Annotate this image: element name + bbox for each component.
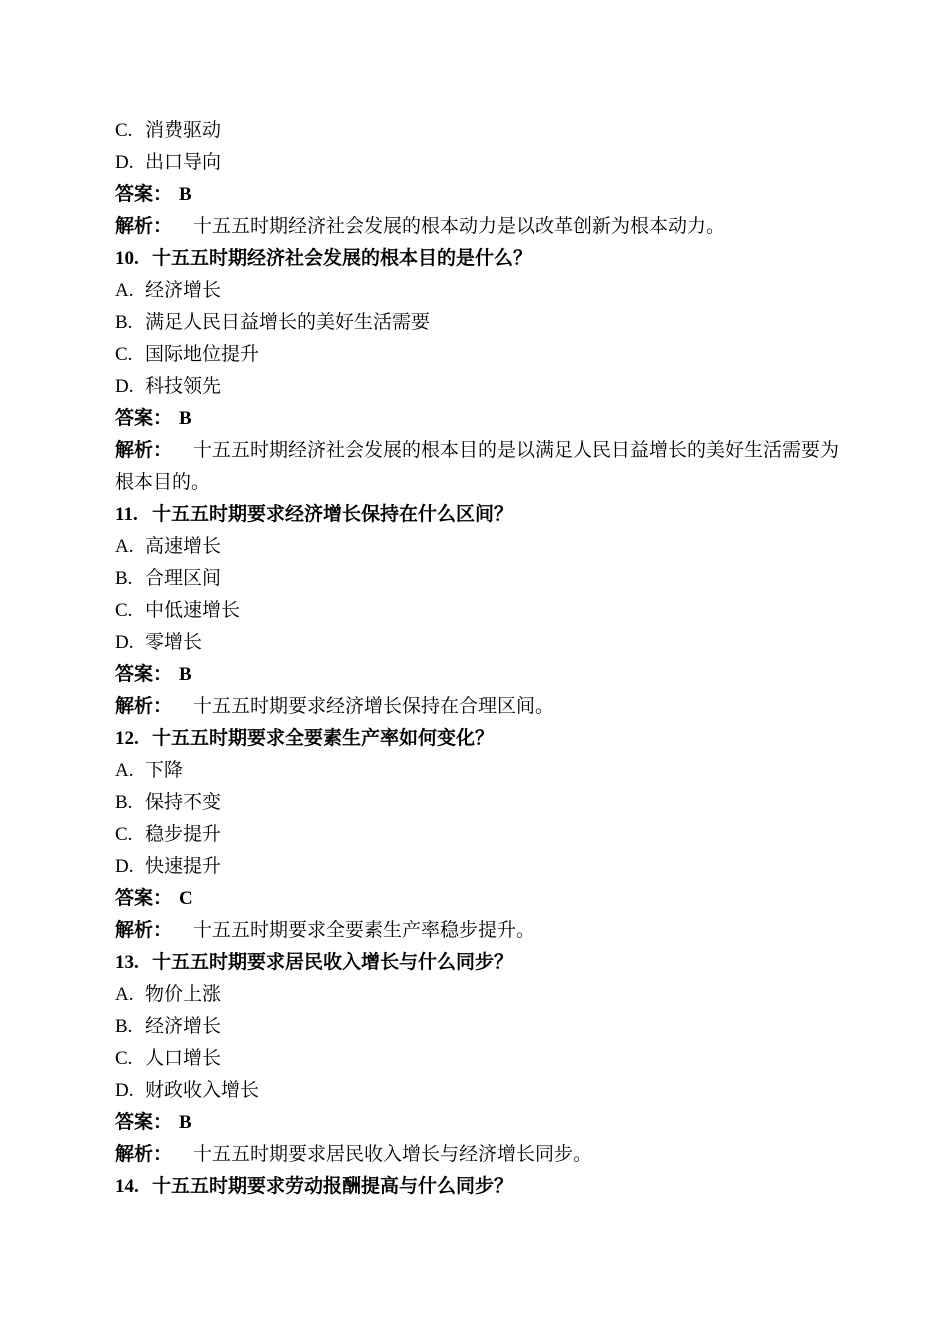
question-number: 11.: [115, 499, 152, 531]
answer-line: 答案：B: [115, 1107, 837, 1139]
answer-value: C: [179, 888, 193, 909]
answer-value: B: [179, 408, 192, 429]
option-line: C.人口增长: [115, 1043, 837, 1075]
option-letter: C.: [115, 115, 145, 147]
option-line: A.下降: [115, 755, 837, 787]
option-text: 物价上涨: [145, 984, 221, 1005]
analysis-line: 解析：十五五时期要求全要素生产率稳步提升。: [115, 915, 837, 947]
analysis-continuation: 根本目的。: [115, 467, 837, 499]
option-line: D.财政收入增长: [115, 1075, 837, 1107]
option-text: 零增长: [145, 632, 202, 653]
option-line: A.高速增长: [115, 531, 837, 563]
question-number: 10.: [115, 243, 152, 275]
option-text: 稳步提升: [145, 824, 221, 845]
option-line: D.快速提升: [115, 851, 837, 883]
analysis-line: 解析：十五五时期要求居民收入增长与经济增长同步。: [115, 1139, 837, 1171]
option-letter: B.: [115, 1011, 145, 1043]
document-body: C.消费驱动 D.出口导向 答案：B 解析：十五五时期经济社会发展的根本动力是以…: [115, 115, 837, 1203]
question-number: 12.: [115, 723, 152, 755]
answer-label: 答案：: [115, 664, 172, 685]
option-text: 国际地位提升: [145, 344, 259, 365]
analysis-text: 十五五时期经济社会发展的根本目的是以满足人民日益增长的美好生活需要为: [193, 440, 839, 461]
option-letter: C.: [115, 339, 145, 371]
analysis-label: 解析：: [115, 440, 172, 461]
option-line: B.满足人民日益增长的美好生活需要: [115, 307, 837, 339]
question-title: 十五五时期要求居民收入增长与什么同步？: [152, 952, 513, 973]
answer-value: B: [179, 184, 192, 205]
answer-line: 答案：B: [115, 659, 837, 691]
option-text: 合理区间: [145, 568, 221, 589]
question-heading: 10.十五五时期经济社会发展的根本目的是什么？: [115, 243, 837, 275]
analysis-text: 十五五时期经济社会发展的根本动力是以改革创新为根本动力。: [193, 216, 725, 237]
option-line: C.中低速增长: [115, 595, 837, 627]
answer-line: 答案：B: [115, 403, 837, 435]
analysis-label: 解析：: [115, 216, 172, 237]
option-letter: D.: [115, 1075, 145, 1107]
option-line: C.国际地位提升: [115, 339, 837, 371]
question-heading: 14.十五五时期要求劳动报酬提高与什么同步？: [115, 1171, 837, 1203]
option-line: A.经济增长: [115, 275, 837, 307]
option-text: 保持不变: [145, 792, 221, 813]
option-letter: A.: [115, 755, 145, 787]
option-text: 经济增长: [145, 280, 221, 301]
question-heading: 13.十五五时期要求居民收入增长与什么同步？: [115, 947, 837, 979]
option-text: 快速提升: [145, 856, 221, 877]
answer-line: 答案：C: [115, 883, 837, 915]
question-heading: 11.十五五时期要求经济增长保持在什么区间？: [115, 499, 837, 531]
option-text: 下降: [145, 760, 183, 781]
option-text: 中低速增长: [145, 600, 240, 621]
option-text: 满足人民日益增长的美好生活需要: [145, 312, 430, 333]
option-letter: A.: [115, 275, 145, 307]
answer-line: 答案：B: [115, 179, 837, 211]
option-letter: D.: [115, 147, 145, 179]
option-letter: C.: [115, 595, 145, 627]
option-letter: A.: [115, 531, 145, 563]
option-letter: B.: [115, 787, 145, 819]
question-heading: 12.十五五时期要求全要素生产率如何变化？: [115, 723, 837, 755]
analysis-text: 十五五时期要求经济增长保持在合理区间。: [193, 696, 554, 717]
option-line: D.出口导向: [115, 147, 837, 179]
answer-value: B: [179, 664, 192, 685]
answer-label: 答案：: [115, 1112, 172, 1133]
answer-label: 答案：: [115, 888, 172, 909]
answer-label: 答案：: [115, 408, 172, 429]
analysis-label: 解析：: [115, 696, 172, 717]
answer-label: 答案：: [115, 184, 172, 205]
analysis-line: 解析：十五五时期要求经济增长保持在合理区间。: [115, 691, 837, 723]
option-text: 高速增长: [145, 536, 221, 557]
question-title: 十五五时期要求劳动报酬提高与什么同步？: [152, 1176, 513, 1197]
analysis-line: 解析：十五五时期经济社会发展的根本动力是以改革创新为根本动力。: [115, 211, 837, 243]
question-number: 14.: [115, 1171, 152, 1203]
option-text: 人口增长: [145, 1048, 221, 1069]
option-text: 出口导向: [145, 152, 221, 173]
option-letter: B.: [115, 307, 145, 339]
option-text: 科技领先: [145, 376, 221, 397]
option-line: C.消费驱动: [115, 115, 837, 147]
option-line: A.物价上涨: [115, 979, 837, 1011]
option-letter: C.: [115, 1043, 145, 1075]
analysis-line: 解析：十五五时期经济社会发展的根本目的是以满足人民日益增长的美好生活需要为: [115, 435, 837, 467]
option-line: D.科技领先: [115, 371, 837, 403]
question-title: 十五五时期要求经济增长保持在什么区间？: [152, 504, 513, 525]
option-text: 财政收入增长: [145, 1080, 259, 1101]
analysis-label: 解析：: [115, 920, 172, 941]
analysis-label: 解析：: [115, 1144, 172, 1165]
option-text: 经济增长: [145, 1016, 221, 1037]
option-letter: C.: [115, 819, 145, 851]
option-line: C.稳步提升: [115, 819, 837, 851]
option-letter: D.: [115, 627, 145, 659]
option-line: B.经济增长: [115, 1011, 837, 1043]
option-letter: D.: [115, 851, 145, 883]
document-page: C.消费驱动 D.出口导向 答案：B 解析：十五五时期经济社会发展的根本动力是以…: [0, 0, 950, 1344]
answer-value: B: [179, 1112, 192, 1133]
option-line: B.合理区间: [115, 563, 837, 595]
question-number: 13.: [115, 947, 152, 979]
option-letter: A.: [115, 979, 145, 1011]
question-title: 十五五时期要求全要素生产率如何变化？: [152, 728, 494, 749]
analysis-text: 十五五时期要求全要素生产率稳步提升。: [193, 920, 535, 941]
option-letter: B.: [115, 563, 145, 595]
question-title: 十五五时期经济社会发展的根本目的是什么？: [152, 248, 532, 269]
option-letter: D.: [115, 371, 145, 403]
analysis-text: 十五五时期要求居民收入增长与经济增长同步。: [193, 1144, 592, 1165]
option-line: D.零增长: [115, 627, 837, 659]
option-line: B.保持不变: [115, 787, 837, 819]
option-text: 消费驱动: [145, 120, 221, 141]
